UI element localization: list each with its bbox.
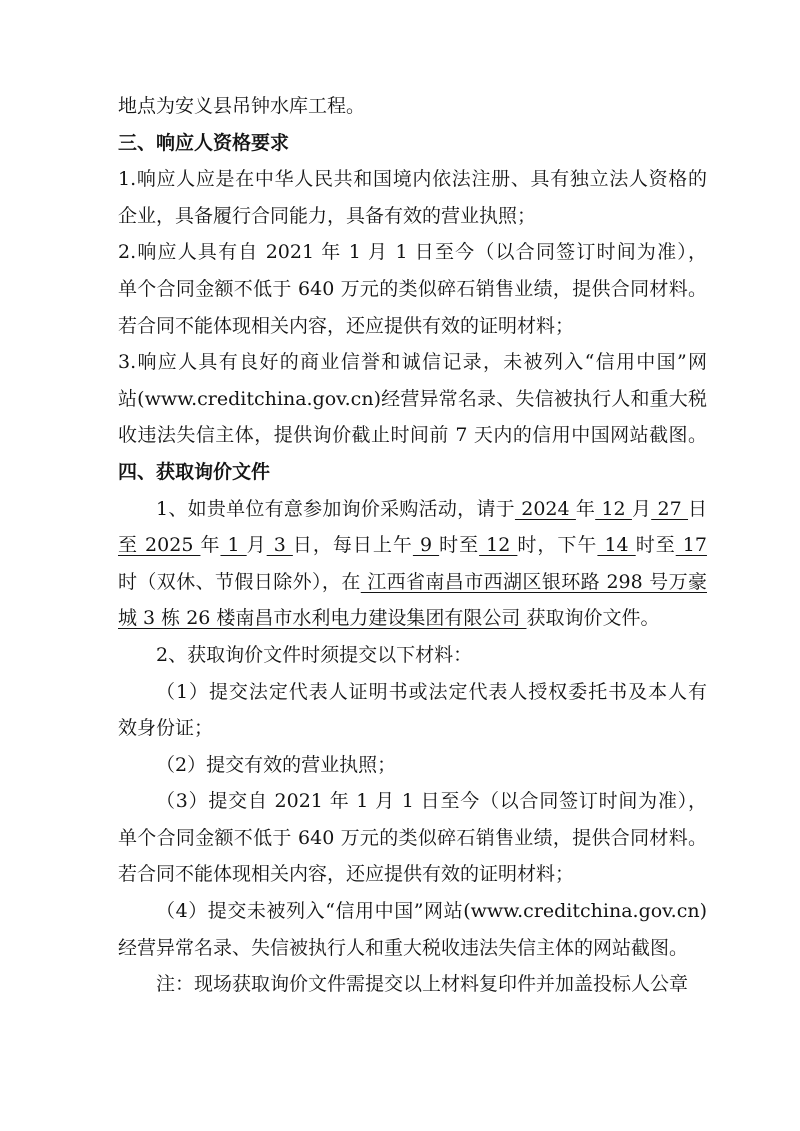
fill-in-blank: 江西省南昌市西湖区银环路 298 号万豪 xyxy=(361,571,707,593)
qualification-2-line-2: 单个合同金额不低于 640 万元的类似碎石销售业绩，提供合同材料。 xyxy=(118,271,707,308)
text-run: 站(www.creditchina.gov.cn)经营异常名录、失信被执行人和重… xyxy=(118,388,707,410)
text-run: 时至 xyxy=(636,534,676,556)
text-run: （2）提交有效的营业执照； xyxy=(156,754,396,776)
text-run: 2.响应人具有自 2021 年 1 月 1 日至今（以合同签订时间为准）， xyxy=(118,241,707,263)
text-run: 月 xyxy=(632,498,651,520)
text-run: 1、如贵单位有意参加询价采购活动，请于 xyxy=(156,498,515,520)
fill-in-blank: 17 xyxy=(676,534,707,556)
fill-in-blank: 至 2025 xyxy=(118,534,200,556)
text-run: 经营异常名录、失信被执行人和重大税收违法失信主体的网站截图。 xyxy=(118,937,688,959)
material-1-line-1: （1）提交法定代表人证明书或法定代表人授权委托书及本人有 xyxy=(118,674,707,711)
qualification-2-line-3: 若合同不能体现相关内容，还应提供有效的证明材料； xyxy=(118,308,707,345)
text-run: 若合同不能体现相关内容，还应提供有效的证明材料； xyxy=(118,863,574,885)
text-run: 日，每日上午 xyxy=(293,534,413,556)
qualification-2-line-1: 2.响应人具有自 2021 年 1 月 1 日至今（以合同签订时间为准）， xyxy=(118,234,707,271)
text-run: 地点为安义县吊钟水库工程。 xyxy=(118,95,365,117)
text-run: 获取询价文件。 xyxy=(526,607,659,629)
material-2-line-1: （2）提交有效的营业执照； xyxy=(118,747,707,784)
text-run: 时，下午 xyxy=(517,534,597,556)
text-run: 时至 xyxy=(439,534,479,556)
qualification-3-line-1: 3.响应人具有良好的商业信誉和诚信记录，未被列入“信用中国”网 xyxy=(118,344,707,381)
text-run: （1）提交法定代表人证明书或法定代表人授权委托书及本人有 xyxy=(156,681,707,703)
fill-in-blank: 城 3 栋 26 楼南昌市水利电力建设集团有限公司 xyxy=(118,607,526,629)
text-run: 2、获取询价文件时须提交以下材料： xyxy=(156,644,472,666)
heading-section-4: 四、获取询价文件 xyxy=(118,454,707,491)
text-run: 时（双休、节假日除外），在 xyxy=(118,571,361,593)
text-run: 3.响应人具有良好的商业信誉和诚信记录，未被列入“信用中国”网 xyxy=(118,351,707,373)
text-run: 四、获取询价文件 xyxy=(118,461,270,483)
obtain-item-2-line-1: 2、获取询价文件时须提交以下材料： xyxy=(118,637,707,674)
text-run: （3）提交自 2021 年 1 月 1 日至今（以合同签订时间为准）， xyxy=(156,790,707,812)
obtain-item-1-line-4: 城 3 栋 26 楼南昌市水利电力建设集团有限公司 获取询价文件。 xyxy=(118,600,707,637)
text-run: 效身份证； xyxy=(118,717,213,739)
qualification-1-line-1: 1.响应人应是在中华人民共和国境内依法注册、具有独立法人资格的 xyxy=(118,161,707,198)
heading-section-3: 三、响应人资格要求 xyxy=(118,125,707,162)
page: 地点为安义县吊钟水库工程。三、响应人资格要求1.响应人应是在中华人民共和国境内依… xyxy=(0,0,800,1131)
text-run: 日 xyxy=(688,498,707,520)
fill-in-blank: 12 xyxy=(595,498,632,520)
text-run: 单个合同金额不低于 640 万元的类似碎石销售业绩，提供合同材料。 xyxy=(118,278,707,300)
obtain-item-1-line-2: 至 2025 年 1 月 3 日，每日上午 9 时至 12 时，下午 14 时至… xyxy=(118,527,707,564)
text-run: 单个合同金额不低于 640 万元的类似碎石销售业绩，提供合同材料。 xyxy=(118,827,707,849)
fill-in-blank: 2024 xyxy=(515,498,576,520)
qualification-3-line-2: 站(www.creditchina.gov.cn)经营异常名录、失信被执行人和重… xyxy=(118,381,707,418)
text-run: 三、响应人资格要求 xyxy=(118,132,289,154)
text-run: 月 xyxy=(247,534,267,556)
text-run: 若合同不能体现相关内容，还应提供有效的证明材料； xyxy=(118,315,574,337)
qualification-1-line-2: 企业，具备履行合同能力，具备有效的营业执照； xyxy=(118,198,707,235)
fill-in-blank: 12 xyxy=(479,534,517,556)
note-line: 注：现场获取询价文件需提交以上材料复印件并加盖投标人公章 xyxy=(118,966,707,1003)
text-run: 1.响应人应是在中华人民共和国境内依法注册、具有独立法人资格的 xyxy=(118,168,707,190)
material-1-line-2: 效身份证； xyxy=(118,710,707,747)
document-body: 地点为安义县吊钟水库工程。三、响应人资格要求1.响应人应是在中华人民共和国境内依… xyxy=(118,88,707,1003)
material-3-line-3: 若合同不能体现相关内容，还应提供有效的证明材料； xyxy=(118,856,707,893)
material-3-line-2: 单个合同金额不低于 640 万元的类似碎石销售业绩，提供合同材料。 xyxy=(118,820,707,857)
text-run: 企业，具备履行合同能力，具备有效的营业执照； xyxy=(118,205,536,227)
text-run: （4）提交未被列入“信用中国”网站(www.creditchina.gov.cn… xyxy=(156,900,707,922)
fill-in-blank: 9 xyxy=(413,534,439,556)
text-run: 年 xyxy=(200,534,220,556)
qualification-3-line-3: 收违法失信主体，提供询价截止时间前 7 天内的信用中国网站截图。 xyxy=(118,417,707,454)
obtain-item-1-line-3: 时（双休、节假日除外），在 江西省南昌市西湖区银环路 298 号万豪 xyxy=(118,564,707,601)
location-line: 地点为安义县吊钟水库工程。 xyxy=(118,88,707,125)
fill-in-blank: 14 xyxy=(597,534,635,556)
text-run: 注：现场获取询价文件需提交以上材料复印件并加盖投标人公章 xyxy=(156,973,688,995)
fill-in-blank: 1 xyxy=(220,534,246,556)
material-4-line-1: （4）提交未被列入“信用中国”网站(www.creditchina.gov.cn… xyxy=(118,893,707,930)
material-3-line-1: （3）提交自 2021 年 1 月 1 日至今（以合同签订时间为准）， xyxy=(118,783,707,820)
fill-in-blank: 3 xyxy=(267,534,293,556)
fill-in-blank: 27 xyxy=(651,498,688,520)
material-4-line-2: 经营异常名录、失信被执行人和重大税收违法失信主体的网站截图。 xyxy=(118,930,707,967)
obtain-item-1-line-1: 1、如贵单位有意参加询价采购活动，请于 2024 年 12 月 27 日 xyxy=(118,491,707,528)
text-run: 收违法失信主体，提供询价截止时间前 7 天内的信用中国网站截图。 xyxy=(118,424,707,446)
text-run: 年 xyxy=(576,498,595,520)
